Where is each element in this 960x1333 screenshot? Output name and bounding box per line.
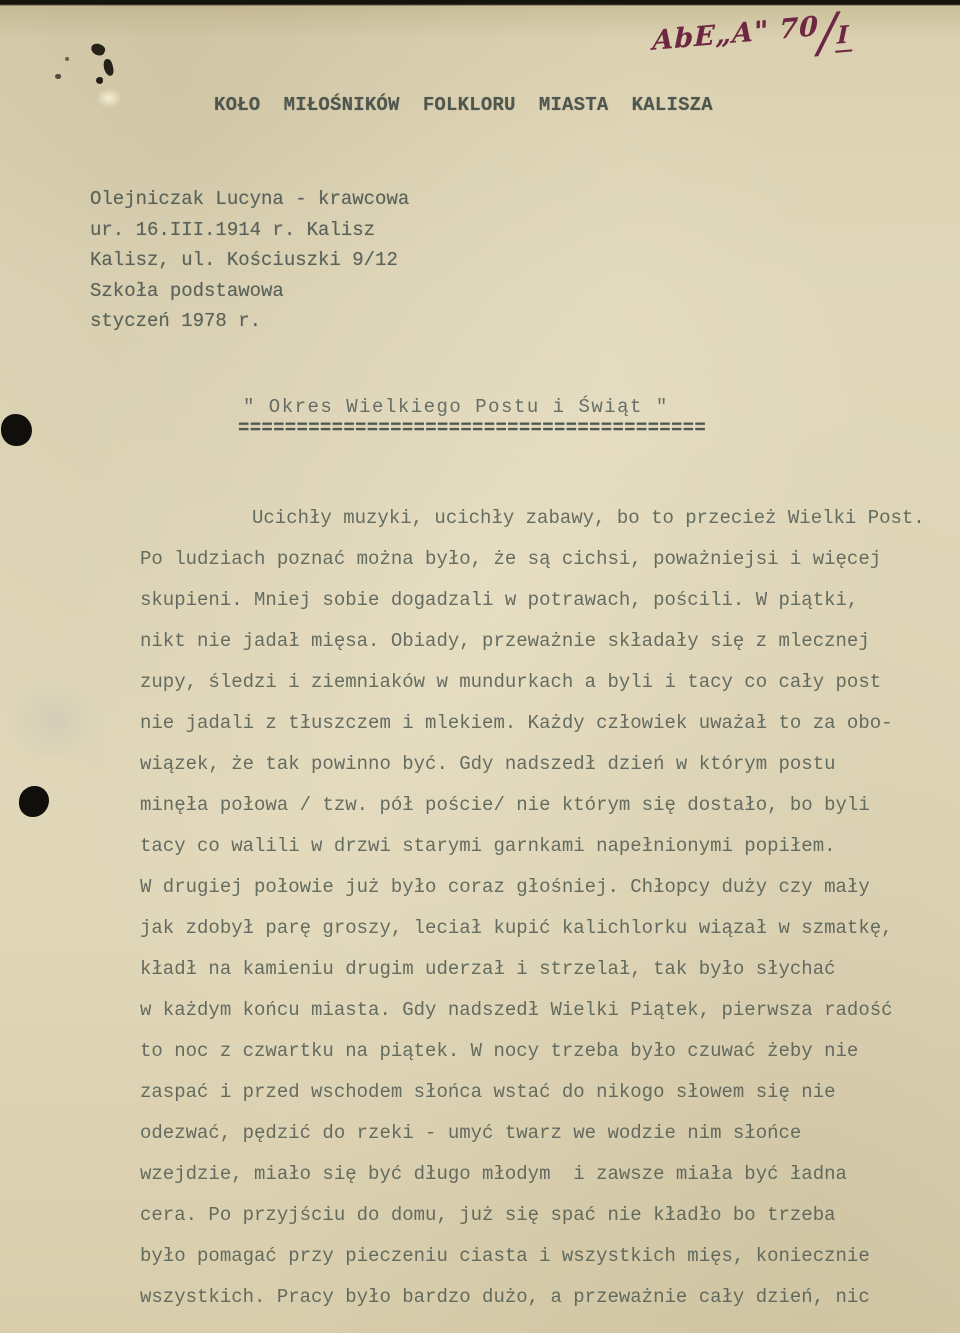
typewritten-line: minęła połowa / tzw. pół poście/ nie któ… (140, 785, 930, 826)
ink-smudge (89, 42, 106, 57)
author-birth-line: ur. 16.III.1914 r. Kalisz (90, 215, 409, 246)
typewritten-line: było pomagać przy pieczeniu ciasta i wsz… (140, 1236, 930, 1277)
author-education-line: Szkoła podstawowa (90, 276, 409, 307)
typewritten-line: to noc z czwartku na piątek. W nocy trze… (140, 1031, 930, 1072)
section-underline: ======================================== (238, 417, 706, 439)
typewritten-line: zaspać i przed wschodem słońca wstać do … (140, 1072, 930, 1113)
handwritten-annotation: AbE„A" 70/I (652, 1, 853, 79)
organization-title: KOŁO MIŁOŚNIKÓW FOLKLORU MIASTA KALISZA (214, 94, 713, 116)
section-title: " Okres Wielkiego Postu i Świąt " (243, 396, 669, 418)
typewritten-line: wzejdzie, miało się być długo młodym i z… (140, 1154, 930, 1195)
typewritten-line: W drugiej połowie już było coraz głośnie… (140, 867, 930, 908)
annotation-numeral: I (836, 19, 853, 53)
paper-blemish (96, 88, 122, 108)
hole-punch-mark (19, 786, 49, 817)
typewritten-line: jak zdobył parę groszy, leciał kupić kal… (140, 908, 930, 949)
hole-punch-mark (1, 414, 32, 446)
typewritten-line: nikt nie jadał mięsa. Obiady, przeważnie… (140, 621, 930, 662)
typewritten-line: nie jadali z tłuszczem i mlekiem. Każdy … (140, 703, 930, 744)
typewritten-line: skupieni. Mniej sobie dogadzali w potraw… (140, 580, 930, 621)
typewritten-line: Ucichły muzyki, ucichły zabawy, bo to pr… (140, 498, 930, 539)
ink-smudge (96, 77, 103, 84)
typewritten-line: Po ludziach poznać można było, że są cic… (140, 539, 930, 580)
author-block: Olejniczak Lucyna - krawcowa ur. 16.III.… (90, 184, 409, 337)
author-name-line: Olejniczak Lucyna - krawcowa (90, 184, 409, 215)
body-paragraph: Ucichły muzyki, ucichły zabawy, bo to pr… (140, 498, 930, 1318)
author-address-line: Kalisz, ul. Kościuszki 9/12 (90, 245, 409, 276)
document-page: AbE„A" 70/I KOŁO MIŁOŚNIKÓW FOLKLORU MIA… (0, 0, 960, 1333)
typewritten-line: wiązek, że tak powinno być. Gdy nadszedł… (140, 744, 930, 785)
typewritten-line: kładł na kamieniu drugim uderzał i strze… (140, 949, 930, 990)
typewritten-line: zupy, śledzi i ziemniaków w mundurkach a… (140, 662, 930, 703)
ink-smudge (65, 57, 69, 61)
typewritten-line: w każdym końcu miasta. Gdy nadszedł Wiel… (140, 990, 930, 1031)
annotation-text: AbE„A" 70 (652, 11, 819, 57)
typewritten-line: wszystkich. Pracy było bardzo dużo, a pr… (140, 1277, 930, 1318)
annotation-slash: / (818, 3, 837, 65)
typewritten-line: odezwać, pędzić do rzeki - umyć twarz we… (140, 1113, 930, 1154)
typewritten-line: cera. Po przyjściu do domu, już się spać… (140, 1195, 930, 1236)
faint-stain (8, 680, 98, 760)
document-date-line: styczeń 1978 r. (90, 306, 409, 337)
ink-smudge (102, 58, 115, 77)
typewritten-line: tacy co walili w drzwi starymi garnkami … (140, 826, 930, 867)
ink-smudge (55, 74, 61, 79)
